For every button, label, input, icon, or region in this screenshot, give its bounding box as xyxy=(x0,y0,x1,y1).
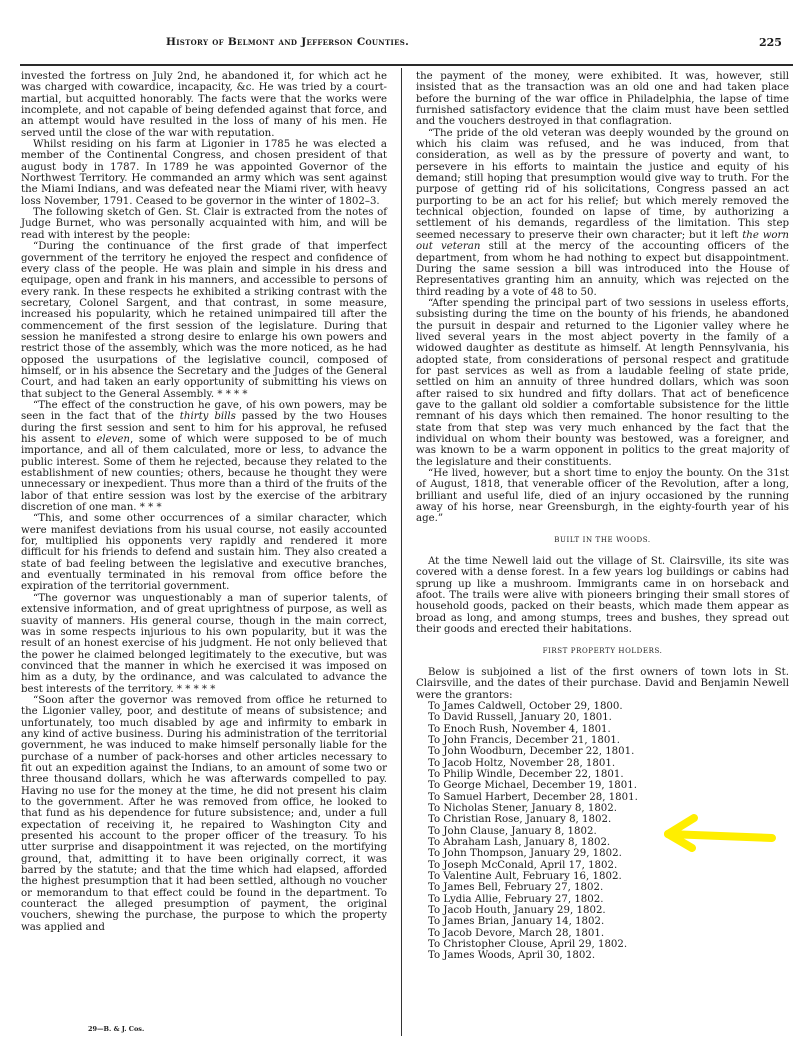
paragraph: “Soon after the governor was removed fro… xyxy=(21,695,387,933)
column-divider xyxy=(401,68,402,1036)
paragraph-text: “During the continuance of the first gra… xyxy=(21,241,387,399)
paragraph: “After spending the principal part of tw… xyxy=(416,298,789,468)
paragraph: “He lived, however, but a short time to … xyxy=(416,468,789,525)
list-item: To John Woodburn, December 22, 1801. xyxy=(416,746,789,757)
paragraph-text: “The pride of the old veteran was deeply… xyxy=(416,128,789,241)
list-item: To Jacob Devore, March 28, 1801. xyxy=(416,928,789,939)
ellipsis-stars: * * * * xyxy=(217,389,247,400)
header-rule xyxy=(20,64,793,66)
paragraph: “The governor was unquestionably a man o… xyxy=(21,593,387,695)
paragraph: invested the fortress on July 2nd, he ab… xyxy=(21,71,387,139)
ellipsis-stars: * * * * * xyxy=(177,684,215,695)
left-column: invested the fortress on July 2nd, he ab… xyxy=(21,71,387,933)
list-item: To James Caldwell, October 29, 1800. xyxy=(416,701,789,712)
list-item: To James Brian, January 14, 1802. xyxy=(416,916,789,927)
list-item: To Enoch Rush, November 4, 1801. xyxy=(416,724,789,735)
list-item: To James Woods, April 30, 1802. xyxy=(416,950,789,961)
list-item: To George Michael, December 19, 1801. xyxy=(416,780,789,791)
list-item: To Lydia Allie, February 27, 1802. xyxy=(416,894,789,905)
list-item: To David Russell, January 20, 1801. xyxy=(416,712,789,723)
list-item: To Christopher Clouse, April 29, 1802. xyxy=(416,939,789,950)
list-item: To Valentine Ault, February 16, 1802. xyxy=(416,871,789,882)
running-head: History of Belmont and Jefferson Countie… xyxy=(0,36,800,50)
running-title: History of Belmont and Jefferson Countie… xyxy=(166,36,409,48)
signature-mark: 29—B. & J. Cos. xyxy=(88,1025,144,1033)
italic-text: eleven xyxy=(96,434,130,445)
paragraph-text: “The governor was unquestionably a man o… xyxy=(21,593,387,695)
page-number: 225 xyxy=(759,36,782,49)
section-heading-built-in-the-woods: BUILT IN THE WOODS. xyxy=(416,535,789,546)
paragraph: “The pride of the old veteran was deeply… xyxy=(416,128,789,298)
paragraph: Whilst residing on his farm at Ligonier … xyxy=(21,139,387,207)
paragraph: “During the continuance of the first gra… xyxy=(21,241,387,400)
list-item: To Jacob Houth, January 29, 1802. xyxy=(416,905,789,916)
list-item: To Samuel Harbert, December 28, 1801. xyxy=(416,792,789,803)
yellow-arrow-annotation-icon xyxy=(660,808,780,852)
paragraph: The following sketch of Gen. St. Clair i… xyxy=(21,207,387,241)
list-item: To James Bell, February 27, 1802. xyxy=(416,882,789,893)
list-item: To John Francis, December 21, 1801. xyxy=(416,735,789,746)
ellipsis-stars: * * * xyxy=(140,502,162,513)
paragraph: the payment of the money, were exhibited… xyxy=(416,71,789,128)
paragraph: At the time Newell laid out the village … xyxy=(416,556,789,635)
list-item: To Joseph McConald, April 17, 1802. xyxy=(416,860,789,871)
list-item: To Jacob Holtz, November 28, 1801. xyxy=(416,758,789,769)
paragraph: “This, and some other occurrences of a s… xyxy=(21,513,387,592)
paragraph: Below is subjoined a list of the first o… xyxy=(416,667,789,701)
paragraph: “The effect of the construction he gave,… xyxy=(21,400,387,513)
list-item: To Philip Windle, December 22, 1801. xyxy=(416,769,789,780)
section-heading-first-property-holders: FIRST PROPERTY HOLDERS. xyxy=(416,646,789,657)
paragraph-text: , some of which were supposed to be of m… xyxy=(21,434,387,513)
italic-text: thirty bills xyxy=(180,411,236,422)
